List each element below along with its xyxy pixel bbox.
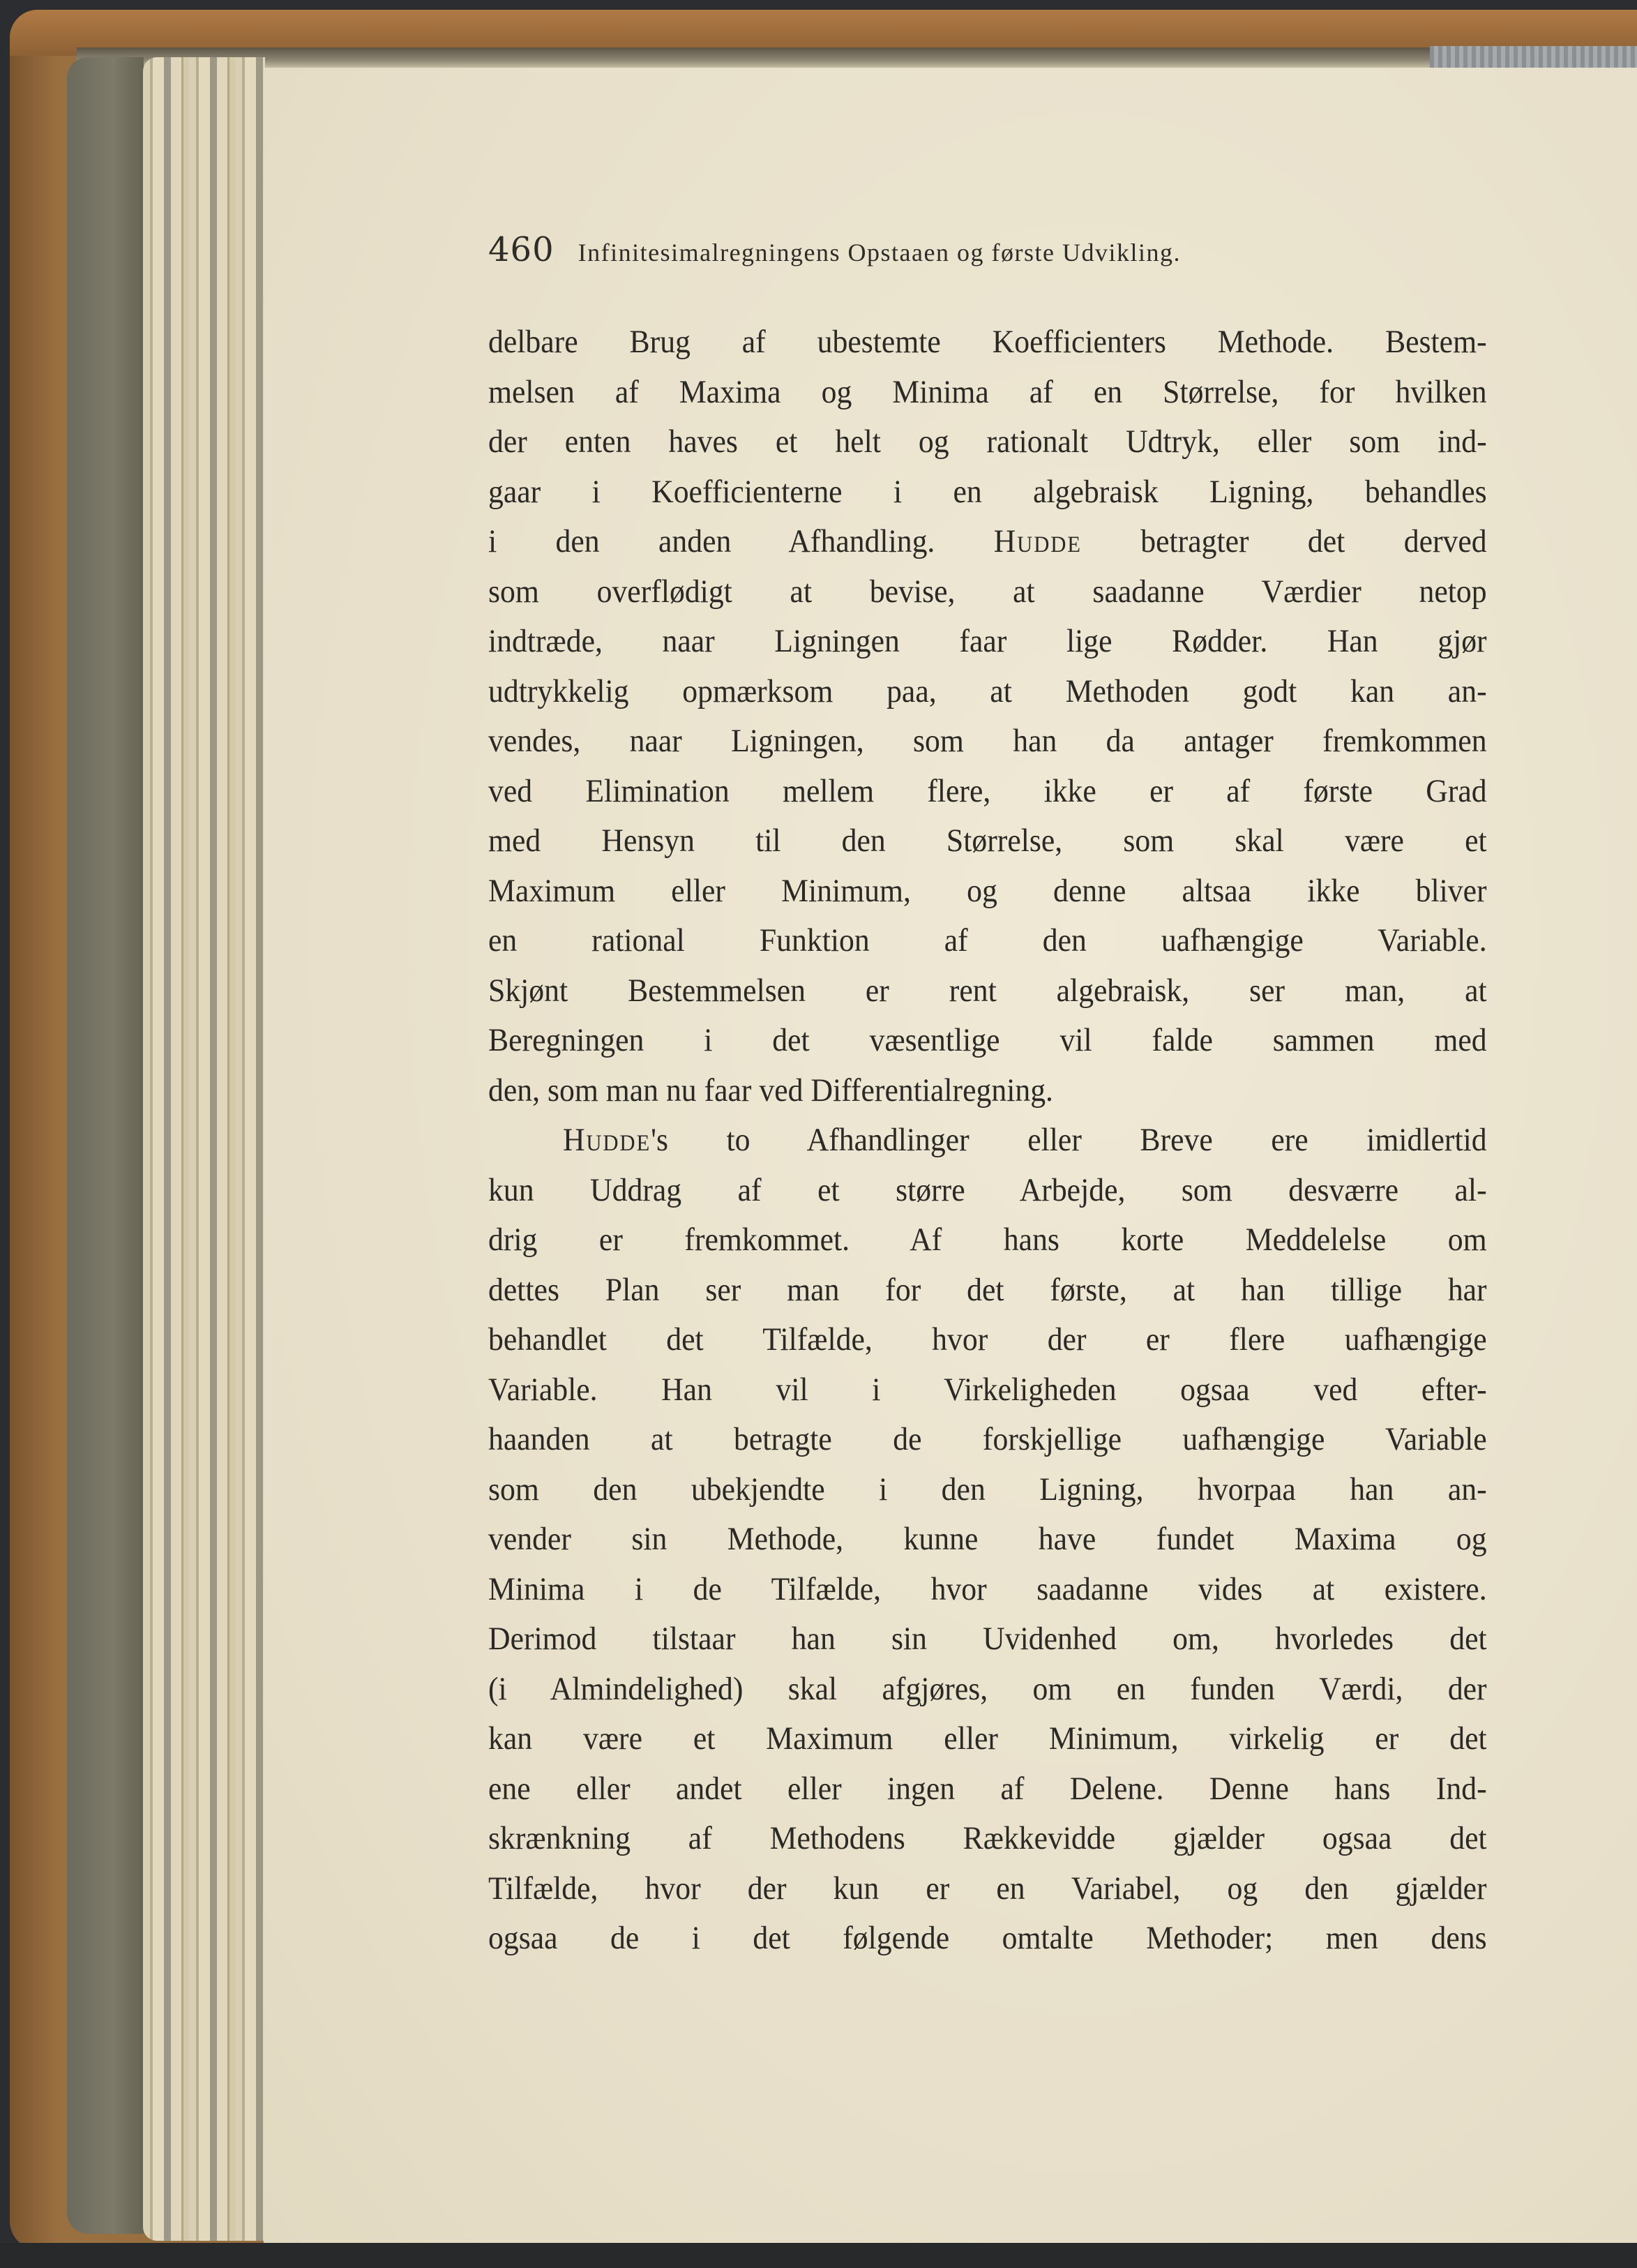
- text-line: (i Almindelighed) skal afgjøres, om en f…: [488, 1665, 1487, 1715]
- text-line: vendes, naar Ligningen, som han da antag…: [488, 716, 1487, 767]
- text-span: 's to Afhandlinger eller Breve ere imidl…: [651, 1122, 1487, 1158]
- page-leaves: [143, 57, 265, 2241]
- text-line: indtræde, naar Ligningen faar lige Rødde…: [488, 617, 1487, 667]
- text-span: betragter det derved: [1082, 523, 1487, 560]
- text-line: drig er fremkommet. Af hans korte Meddel…: [488, 1215, 1487, 1266]
- text-line: Tilfælde, hvor der kun er en Variabel, o…: [488, 1864, 1487, 1914]
- body-text: delbare Brug af ubestemte Koefficienters…: [488, 317, 1487, 1964]
- text-line: delbare Brug af ubestemte Koefficienters…: [488, 317, 1487, 368]
- text-line: kun Uddrag af et større Arbejde, som des…: [488, 1166, 1487, 1216]
- text-line: ene eller andet eller ingen af Delene. D…: [488, 1764, 1487, 1815]
- text-line: som den ubekjendte i den Ligning, hvorpa…: [488, 1465, 1487, 1515]
- text-line: Variable. Han vil i Virkeligheden ogsaa …: [488, 1365, 1487, 1415]
- text-line: haanden at betragte de forskjellige uafh…: [488, 1415, 1487, 1465]
- text-line: melsen af Maxima og Minima af en Størrel…: [488, 368, 1487, 418]
- text-line: gaar i Koefficienterne i en algebraisk L…: [488, 467, 1487, 518]
- author-name-smallcaps: Hudde: [563, 1122, 651, 1158]
- text-line: der enten haves et helt og rationalt Udt…: [488, 417, 1487, 467]
- text-line: med Hensyn til den Størrelse, som skal v…: [488, 816, 1487, 866]
- text-line: som overflødigt at bevise, at saadanne V…: [488, 567, 1487, 617]
- text-line: Minima i de Tilfælde, hvor saadanne vide…: [488, 1565, 1487, 1615]
- text-line: vender sin Methode, kunne have fundet Ma…: [488, 1515, 1487, 1565]
- running-head: 460Infinitesimalregningens Opstaaen og f…: [488, 230, 1500, 272]
- text-line: Derimod tilstaar han sin Uvidenhed om, h…: [488, 1614, 1487, 1665]
- text-span: i den anden Afhandling.: [488, 523, 994, 560]
- text-line: ved Elimination mellem flere, ikke er af…: [488, 767, 1487, 817]
- author-name-smallcaps: Hudde: [994, 523, 1082, 560]
- text-line: Skjønt Bestemmelsen er rent algebraisk, …: [488, 966, 1487, 1016]
- paragraph-start-line: Hudde's to Afhandlinger eller Breve ere …: [488, 1116, 1487, 1166]
- running-title: Infinitesimalregningens Opstaaen og førs…: [578, 239, 1181, 266]
- text-line: en rational Funktion af den uafhængige V…: [488, 916, 1487, 966]
- text-block-top-edge: [77, 47, 1637, 68]
- paragraph-end-line: den, som man nu faar ved Differentialreg…: [488, 1066, 1487, 1116]
- text-line: ogsaa de i det følgende omtalte Methoder…: [488, 1914, 1487, 1964]
- text-line: skrænkning af Methodens Rækkevidde gjæld…: [488, 1814, 1487, 1864]
- text-line: Maximum eller Minimum, og denne altsaa i…: [488, 866, 1487, 917]
- text-line: kan være et Maximum eller Minimum, virke…: [488, 1714, 1487, 1764]
- text-line: dettes Plan ser man for det første, at h…: [488, 1266, 1487, 1316]
- page-stack-edge: [67, 57, 144, 2234]
- background-surface: [0, 2243, 1637, 2268]
- text-line: Beregningen i det væsentlige vil falde s…: [488, 1016, 1487, 1066]
- text-line: i den anden Afhandling. Hudde betragter …: [488, 517, 1487, 567]
- text-line: behandlet det Tilfælde, hvor der er fler…: [488, 1315, 1487, 1365]
- page-number: 460: [488, 230, 555, 269]
- text-line: udtrykkelig opmærksom paa, at Methoden g…: [488, 667, 1487, 717]
